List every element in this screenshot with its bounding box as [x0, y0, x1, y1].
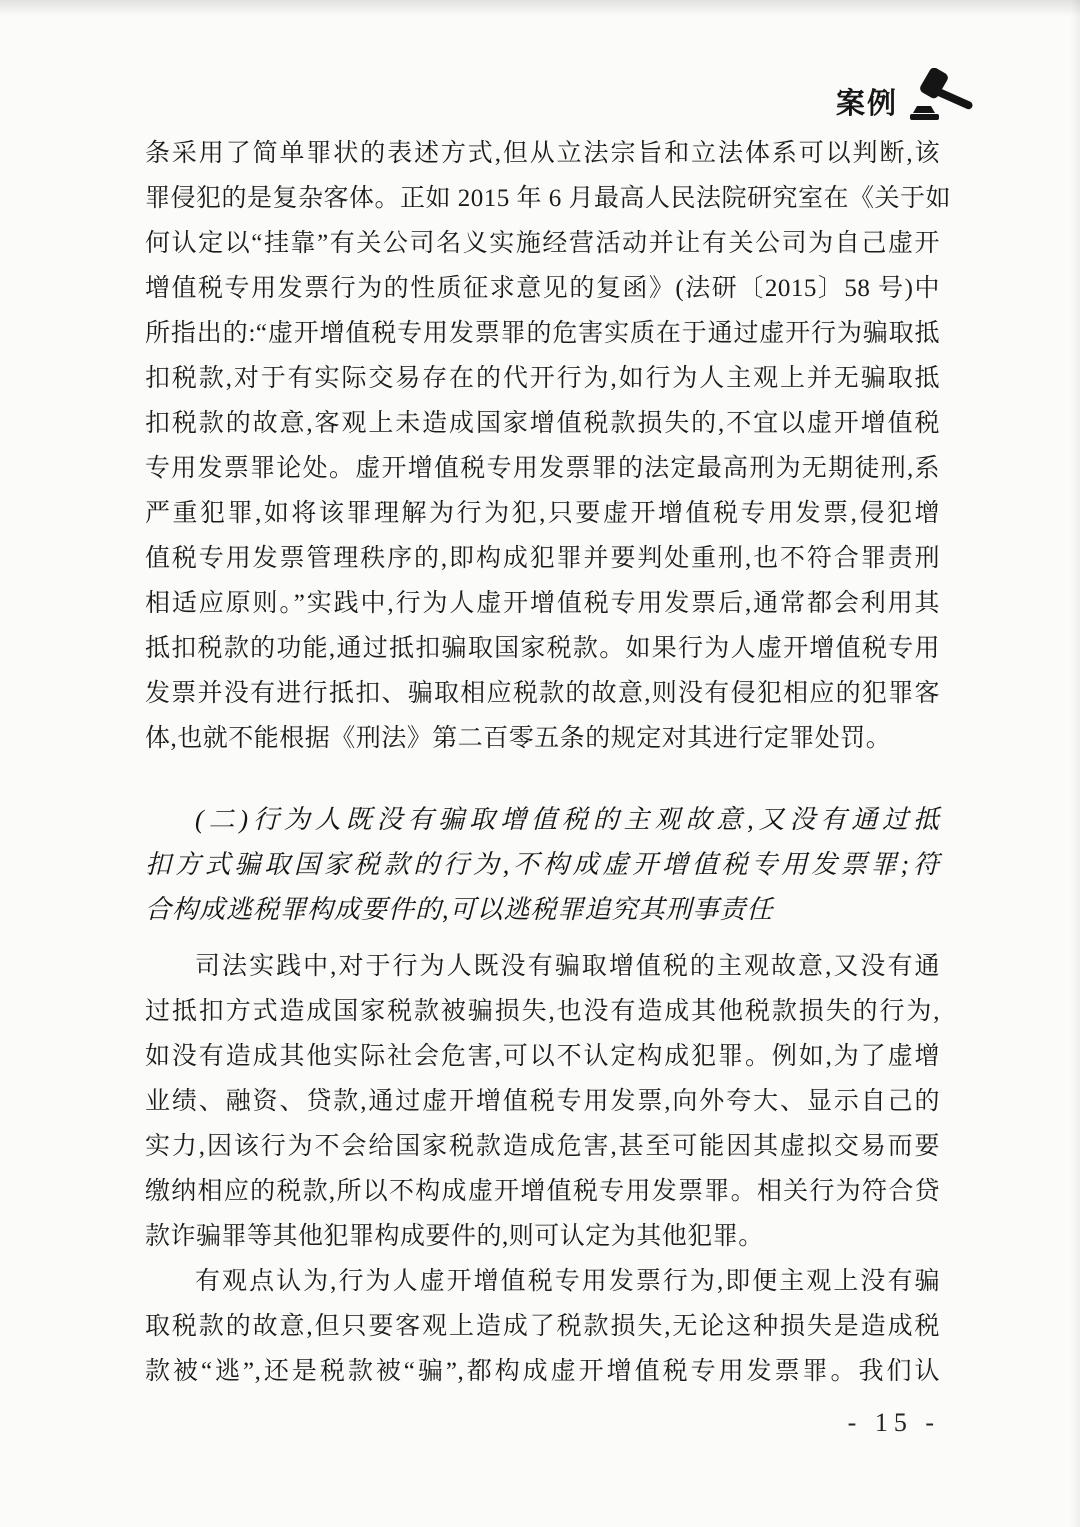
document-page: 案例 条采用了简单罪状的表述方式,但从立法宗旨和立法体系可以判断,该罪侵犯的是复…	[0, 0, 1080, 1527]
text-line: 扣税款,对于有实际交易存在的代开行为,如行为人主观上并无骗取抵	[145, 356, 940, 401]
text-line: 条采用了简单罪状的表述方式,但从立法宗旨和立法体系可以判断,该	[145, 131, 940, 176]
text-line: 严重犯罪,如将该罪理解为行为犯,只要虚开增值税专用发票,侵犯增	[145, 491, 940, 536]
section-heading: (二)行为人既没有骗取增值税的主观故意,又没有通过抵扣方式骗取国家税款的行为,不…	[145, 797, 940, 932]
body-text: 条采用了简单罪状的表述方式,但从立法宗旨和立法体系可以判断,该罪侵犯的是复杂客体…	[145, 131, 940, 1394]
text-line: (二)行为人既没有骗取增值税的主观故意,又没有通过抵	[145, 797, 940, 842]
paragraph: 有观点认为,行为人虚开增值税专用发票行为,即便主观上没有骗取税款的故意,但只要客…	[145, 1259, 940, 1394]
text-line: 有观点认为,行为人虚开增值税专用发票行为,即便主观上没有骗	[145, 1259, 940, 1304]
text-line: 司法实践中,对于行为人既没有骗取增值税的主观故意,又没有通	[145, 944, 940, 989]
text-line: 所指出的:“虚开增值税专用发票罪的危害实质在于通过虚开行为骗取抵	[145, 311, 940, 356]
header-label: 案例	[836, 76, 898, 119]
text-line: 如没有造成其他实际社会危害,可以不认定构成犯罪。例如,为了虚增	[145, 1034, 940, 1079]
text-line: 过抵扣方式造成国家税款被骗损失,也没有造成其他税款损失的行为,	[145, 989, 940, 1034]
text-line: 扣方式骗取国家税款的行为,不构成虚开增值税专用发票罪;符	[145, 842, 940, 887]
text-line: 发票并没有进行抵扣、骗取相应税款的故意,则没有侵犯相应的犯罪客	[145, 671, 940, 716]
text-line: 缴纳相应的税款,所以不构成虚开增值税专用发票罪。相关行为符合贷	[145, 1169, 940, 1214]
text-line: 业绩、融资、贷款,通过虚开增值税专用发票,向外夸大、显示自己的	[145, 1079, 940, 1124]
text-line: 实力,因该行为不会给国家税款造成危害,甚至可能因其虚拟交易而要	[145, 1124, 940, 1169]
paragraph: 条采用了简单罪状的表述方式,但从立法宗旨和立法体系可以判断,该罪侵犯的是复杂客体…	[145, 131, 940, 761]
text-line: 罪侵犯的是复杂客体。正如 2015 年 6 月最高人民法院研究室在《关于如	[145, 176, 940, 221]
gavel-icon	[904, 68, 978, 126]
text-line: 款诈骗罪等其他犯罪构成要件的,则可认定为其他犯罪。	[145, 1214, 940, 1259]
text-line: 抵扣税款的功能,通过抵扣骗取国家税款。如果行为人虚开增值税专用	[145, 626, 940, 671]
page-number: - 15 -	[848, 1408, 940, 1438]
paragraph: 司法实践中,对于行为人既没有骗取增值税的主观故意,又没有通过抵扣方式造成国家税款…	[145, 944, 940, 1259]
text-line: 款被“逃”,还是税款被“骗”,都构成虚开增值税专用发票罪。我们认	[145, 1349, 940, 1394]
text-line: 体,也就不能根据《刑法》第二百零五条的规定对其进行定罪处罚。	[145, 716, 940, 761]
text-line: 扣税款的故意,客观上未造成国家增值税款损失的,不宜以虚开增值税	[145, 401, 940, 446]
text-line: 专用发票罪论处。虚开增值税专用发票罪的法定最高刑为无期徒刑,系	[145, 446, 940, 491]
page-header: 案例	[836, 68, 978, 126]
text-line: 增值税专用发票行为的性质征求意见的复函》(法研〔2015〕58 号)中	[145, 266, 940, 311]
text-line: 取税款的故意,但只要客观上造成了税款损失,无论这种损失是造成税	[145, 1304, 940, 1349]
text-line: 值税专用发票管理秩序的,即构成犯罪并要判处重刑,也不符合罪责刑	[145, 536, 940, 581]
text-line: 合构成逃税罪构成要件的,可以逃税罪追究其刑事责任	[145, 887, 940, 932]
text-line: 相适应原则。”实践中,行为人虚开增值税专用发票后,通常都会利用其	[145, 581, 940, 626]
text-line: 何认定以“挂靠”有关公司名义实施经营活动并让有关公司为自己虚开	[145, 221, 940, 266]
